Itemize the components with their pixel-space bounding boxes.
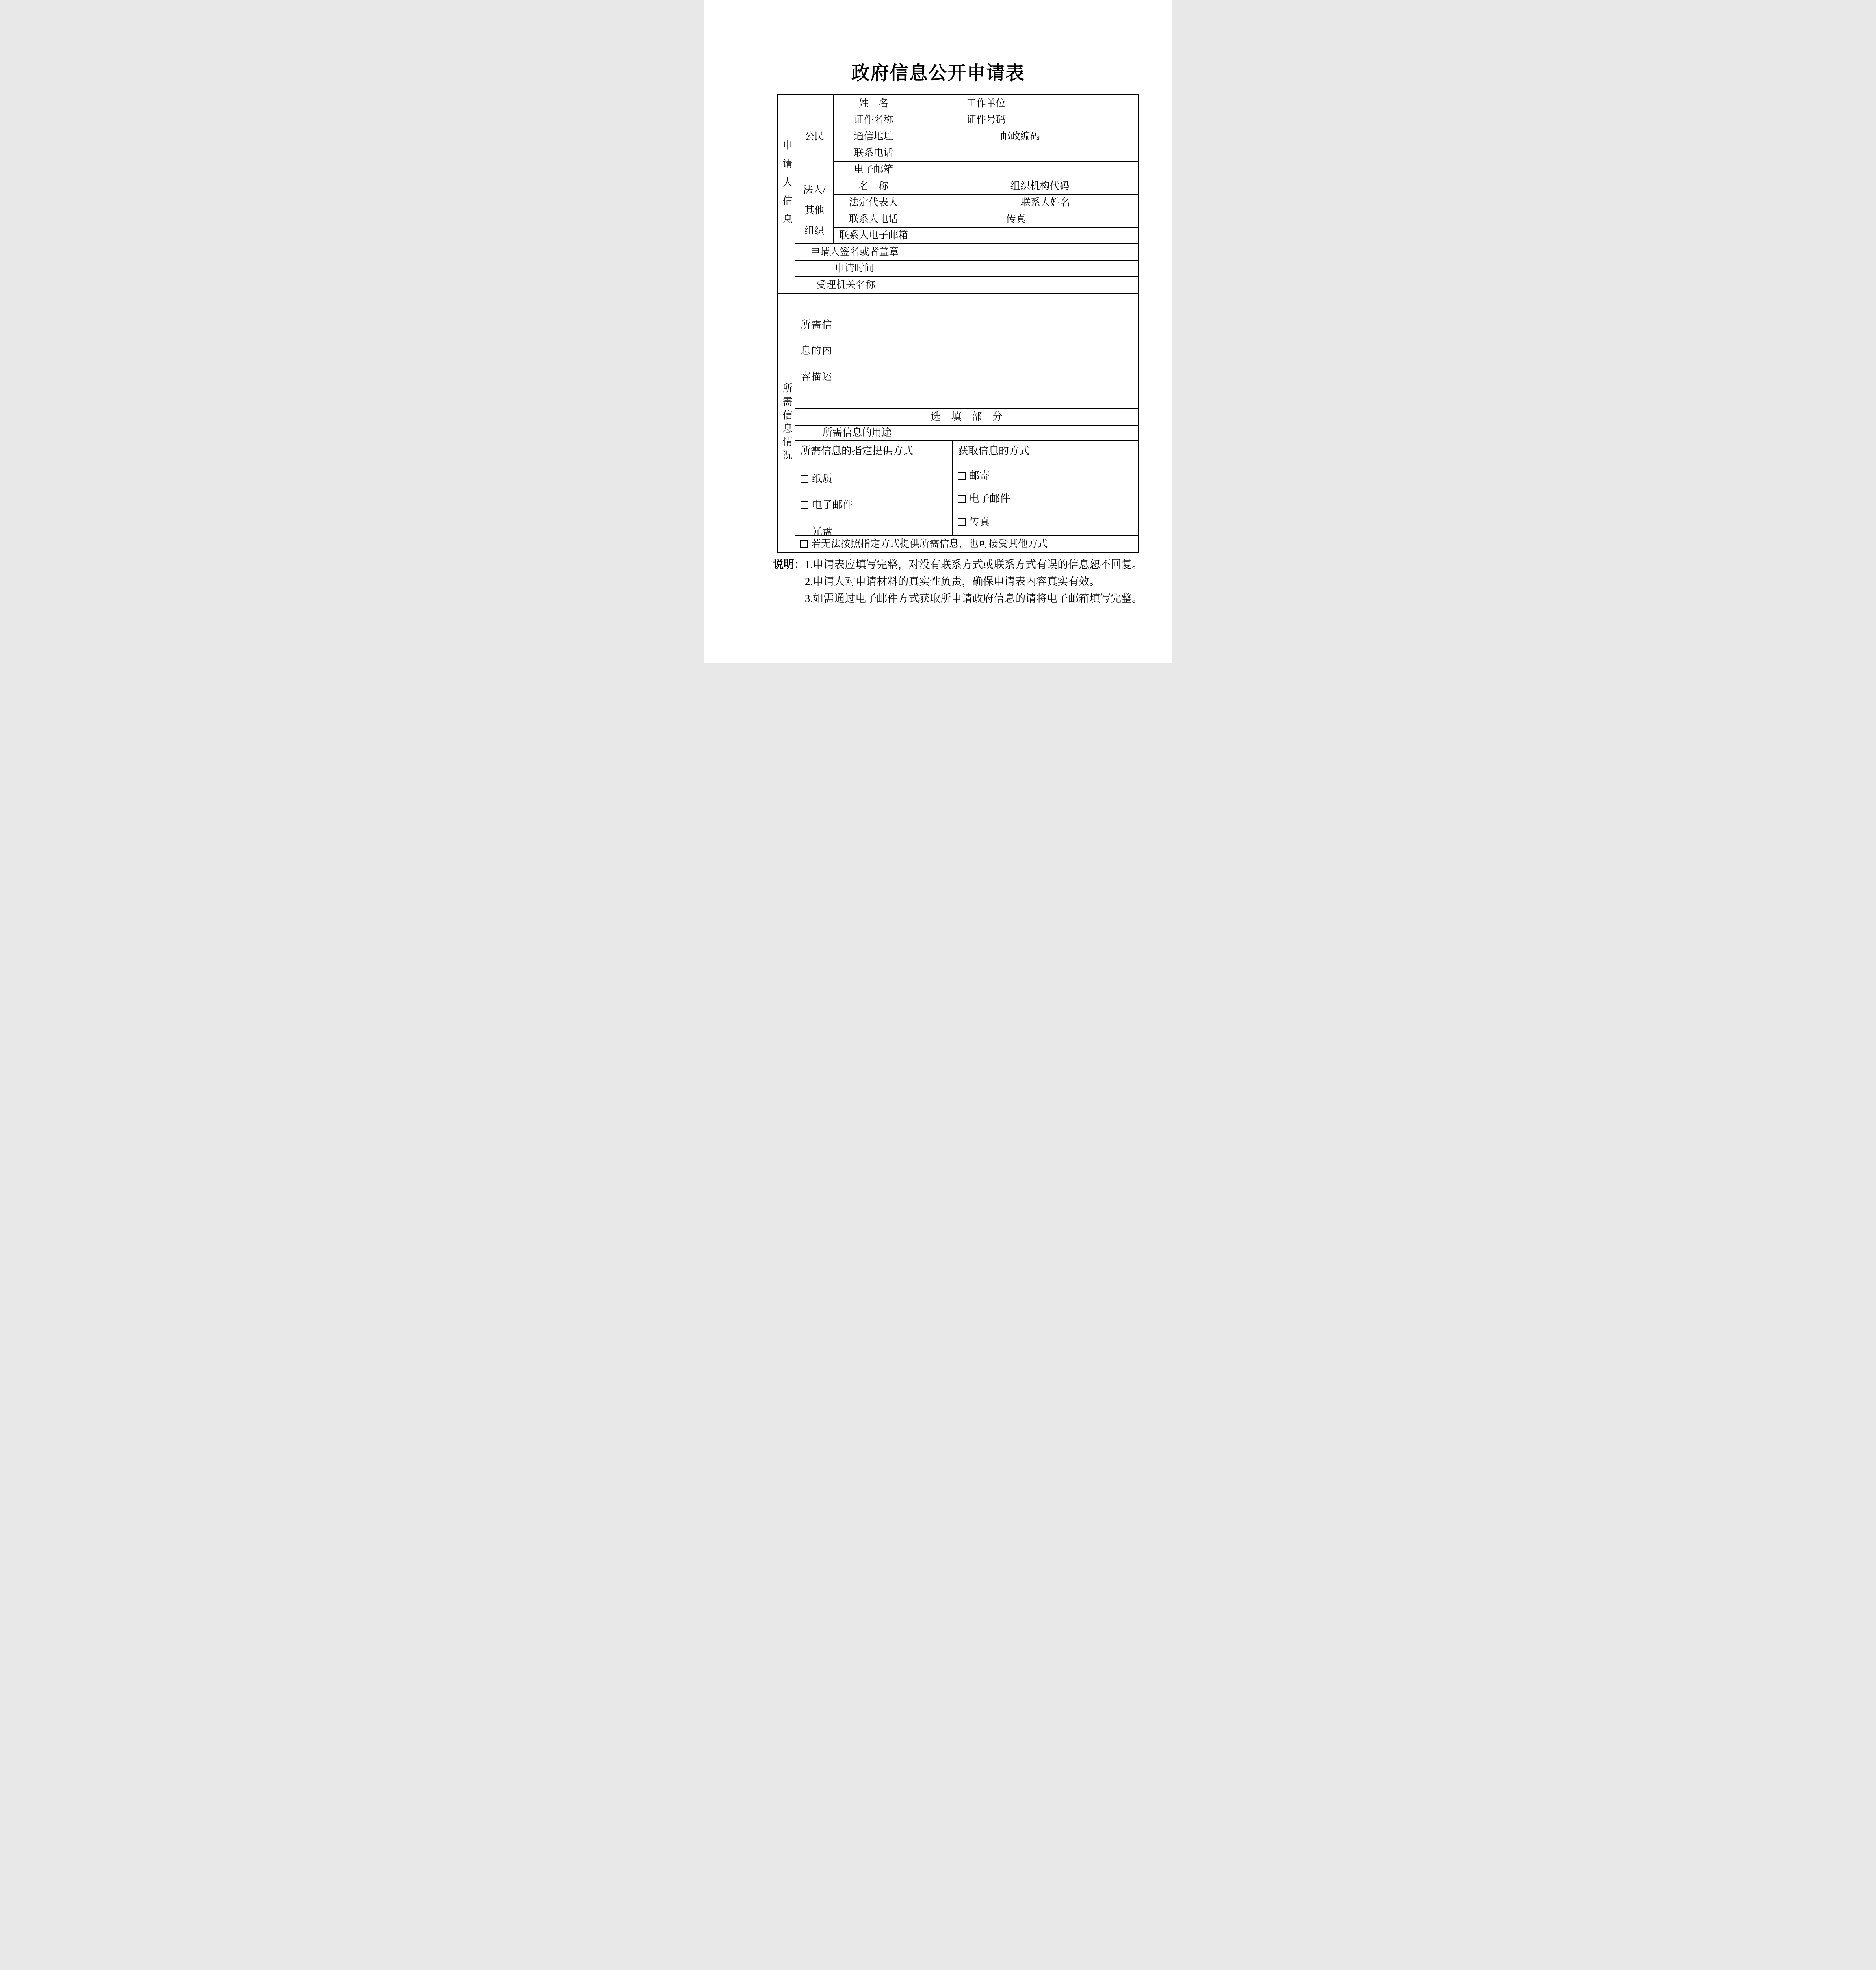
optional-part-header: 选 填 部 分 <box>795 409 1138 426</box>
address-input[interactable] <box>914 128 996 145</box>
id-number-input[interactable] <box>1017 112 1138 128</box>
checkbox-icon[interactable] <box>800 540 808 548</box>
notes-section: 说明： 1.申请表应填写完整，对没有联系方式或联系方式有误的信息恕不回复。 2.… <box>773 556 1153 607</box>
contact-phone-label: 联系人电话 <box>834 211 914 228</box>
checkbox-icon[interactable] <box>958 518 966 526</box>
checkbox-option-fax[interactable]: 传真 <box>958 516 990 529</box>
checkbox-option-label: 光盘 <box>812 525 832 536</box>
contact-name-label: 联系人姓名 <box>1017 195 1074 211</box>
checkbox-option-label: 纸质 <box>812 473 832 486</box>
checkbox-option-email-delivery[interactable]: 电子邮件 <box>801 499 853 512</box>
phone-label: 联系电话 <box>834 145 914 162</box>
applicant-section-label: 申请人信息 <box>778 95 795 277</box>
phone-input[interactable] <box>914 145 1138 162</box>
org-code-input[interactable] <box>1074 178 1138 195</box>
usage-label: 所需信息的用途 <box>795 426 919 441</box>
name-label: 姓 名 <box>834 95 914 112</box>
info-section-label: 所需信息情况 <box>778 294 795 552</box>
apply-time-label: 申请时间 <box>795 261 914 277</box>
checkbox-option-paper[interactable]: 纸质 <box>801 473 832 486</box>
id-name-label: 证件名称 <box>834 112 914 128</box>
address-label: 通信地址 <box>834 128 914 145</box>
checkbox-option-label: 电子邮件 <box>969 492 1010 506</box>
employer-input[interactable] <box>1017 95 1138 112</box>
form-page: 政府信息公开申请表 申请人信息 公民 姓 名 工作单位 证件名称 证件号码 通信… <box>704 0 1172 663</box>
checkbox-option-mail[interactable]: 邮寄 <box>958 470 990 483</box>
email-input[interactable] <box>914 162 1138 178</box>
usage-input[interactable] <box>919 426 1138 441</box>
legal-rep-label: 法定代表人 <box>834 195 914 211</box>
org-name-input[interactable] <box>914 178 1006 195</box>
checkbox-option-label: 邮寄 <box>969 470 990 483</box>
checkbox-icon[interactable] <box>958 472 966 480</box>
contact-email-input[interactable] <box>914 228 1138 244</box>
email-label: 电子邮箱 <box>834 162 914 178</box>
fallback-row: 若无法按照指定方式提供所需信息，也可接受其他方式 <box>795 536 1138 552</box>
delivery-method-header: 所需信息的指定提供方式 <box>801 445 913 458</box>
fax-label: 传真 <box>996 211 1036 228</box>
checkbox-option-accept-other[interactable]: 若无法按照指定方式提供所需信息，也可接受其他方式 <box>800 538 1048 550</box>
page-title: 政府信息公开申请表 <box>704 58 1172 85</box>
checkbox-option-cd[interactable]: 光盘 <box>801 525 832 536</box>
obtain-method-cell: 获取信息的方式 邮寄 电子邮件 传真 自行领取／当场阅读、抄录 <box>953 441 1138 536</box>
notes-label: 说明： <box>773 556 805 607</box>
apply-time-input[interactable] <box>914 261 1138 277</box>
checkbox-icon[interactable] <box>801 475 808 483</box>
id-name-input[interactable] <box>914 112 955 128</box>
content-desc-label: 所需信 息的内 容描述 <box>795 294 838 409</box>
checkbox-option-label: 电子邮件 <box>812 499 853 512</box>
fallback-label: 若无法按照指定方式提供所需信息，也可接受其他方式 <box>811 538 1048 550</box>
contact-email-label: 联系人电子邮箱 <box>834 228 914 244</box>
fax-input[interactable] <box>1036 211 1138 228</box>
checkbox-option-email-obtain[interactable]: 电子邮件 <box>958 492 1010 506</box>
agency-input[interactable] <box>914 277 1138 294</box>
org-name-label: 名 称 <box>834 178 914 195</box>
content-desc-input[interactable] <box>838 294 1138 409</box>
delivery-method-cell: 所需信息的指定提供方式 纸质 电子邮件 光盘 <box>795 441 953 536</box>
legal-rep-input[interactable] <box>914 195 1017 211</box>
notes-body: 1.申请表应填写完整，对没有联系方式或联系方式有误的信息恕不回复。 2.申请人对… <box>805 556 1142 607</box>
postcode-input[interactable] <box>1045 128 1138 145</box>
checkbox-icon[interactable] <box>801 501 808 509</box>
agency-label: 受理机关名称 <box>778 277 914 294</box>
checkbox-option-label: 传真 <box>969 516 990 529</box>
note-line-2: 2.申请人对申请材料的真实性负责，确保申请表内容真实有效。 <box>805 573 1142 590</box>
citizen-group-label: 公民 <box>795 95 834 178</box>
contact-name-input[interactable] <box>1074 195 1138 211</box>
checkbox-icon[interactable] <box>958 495 966 503</box>
employer-label: 工作单位 <box>955 95 1017 112</box>
org-group-label: 法人/ 其他 组织 <box>795 178 834 244</box>
contact-phone-input[interactable] <box>914 211 996 228</box>
note-line-1: 1.申请表应填写完整，对没有联系方式或联系方式有误的信息恕不回复。 <box>805 556 1142 573</box>
postcode-label: 邮政编码 <box>996 128 1045 145</box>
id-number-label: 证件号码 <box>955 112 1017 128</box>
checkbox-icon[interactable] <box>801 528 808 535</box>
obtain-method-header: 获取信息的方式 <box>958 445 1029 458</box>
org-code-label: 组织机构代码 <box>1006 178 1074 195</box>
signature-input[interactable] <box>914 244 1138 261</box>
note-line-3: 3.如需通过电子邮件方式获取所申请政府信息的请将电子邮箱填写完整。 <box>805 590 1142 607</box>
name-input[interactable] <box>914 95 955 112</box>
signature-label: 申请人签名或者盖章 <box>795 244 914 261</box>
application-form-table: 申请人信息 公民 姓 名 工作单位 证件名称 证件号码 通信地址 邮政编码 联系… <box>777 94 1139 553</box>
